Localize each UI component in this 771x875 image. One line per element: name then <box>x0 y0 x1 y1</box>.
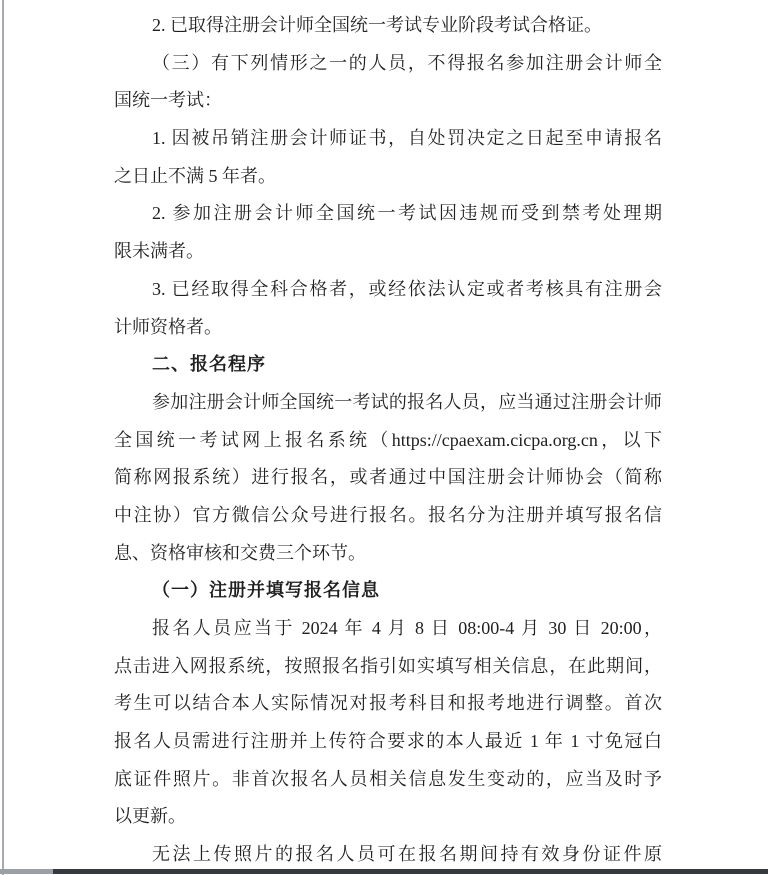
document-line: 2. 已取得注册会计师全国统一考试专业阶段考试合格证。 <box>114 7 662 45</box>
document-line: 1. 因被吊销注册会计师证书，自处罚决定之日起至申请报名 <box>114 120 662 158</box>
document-line: （三）有下列情形之一的人员，不得报名参加注册会计师全 <box>114 45 662 83</box>
document-line: 报名人员需进行注册并上传符合要求的本人最近 1 年 1 寸免冠白 <box>114 723 662 761</box>
document-line: 3. 已经取得全科合格者，或经依法认定或者考核具有注册会 <box>114 271 662 309</box>
document-line: 参加注册会计师全国统一考试的报名人员，应当通过注册会计师 <box>114 384 662 422</box>
document-line: 国统一考试： <box>114 82 662 120</box>
document-line: 简称网报系统）进行报名，或者通过中国注册会计师协会（简称 <box>114 459 662 497</box>
page-bottom-edge-light-segment <box>0 869 53 874</box>
document-heading: 二、报名程序 <box>114 346 662 384</box>
document-line: 点击进入网报系统，按照报名指引如实填写相关信息，在此期间， <box>114 648 662 686</box>
page-bottom-edge-dark-segment <box>53 869 768 874</box>
document-line: 之日止不满 5 年者。 <box>114 158 662 196</box>
page-bottom-edge <box>0 869 771 874</box>
document-line: 息、资格审核和交费三个环节。 <box>114 535 662 573</box>
document-page: 2. 已取得注册会计师全国统一考试专业阶段考试合格证。（三）有下列情形之一的人员… <box>0 0 771 875</box>
document-heading: （一）注册并填写报名信息 <box>114 572 662 610</box>
document-line: 限未满者。 <box>114 233 662 271</box>
document-text-block: 2. 已取得注册会计师全国统一考试专业阶段考试合格证。（三）有下列情形之一的人员… <box>114 7 662 874</box>
document-line: 报名人员应当于 2024 年 4 月 8 日 08:00-4 月 30 日 20… <box>114 610 662 648</box>
document-line: 2. 参加注册会计师全国统一考试因违规而受到禁考处理期 <box>114 195 662 233</box>
document-line: 底证件照片。非首次报名人员相关信息发生变动的，应当及时予 <box>114 761 662 799</box>
document-line: 全国统一考试网上报名系统（https://cpaexam.cicpa.org.c… <box>114 422 662 460</box>
document-line: 考生可以结合本人实际情况对报考科目和报考地进行调整。首次 <box>114 685 662 723</box>
page-left-edge <box>2 0 4 875</box>
document-line: 中注协）官方微信公众号进行报名。报名分为注册并填写报名信 <box>114 497 662 535</box>
document-line: 计师资格者。 <box>114 309 662 347</box>
document-line: 以更新。 <box>114 798 662 836</box>
